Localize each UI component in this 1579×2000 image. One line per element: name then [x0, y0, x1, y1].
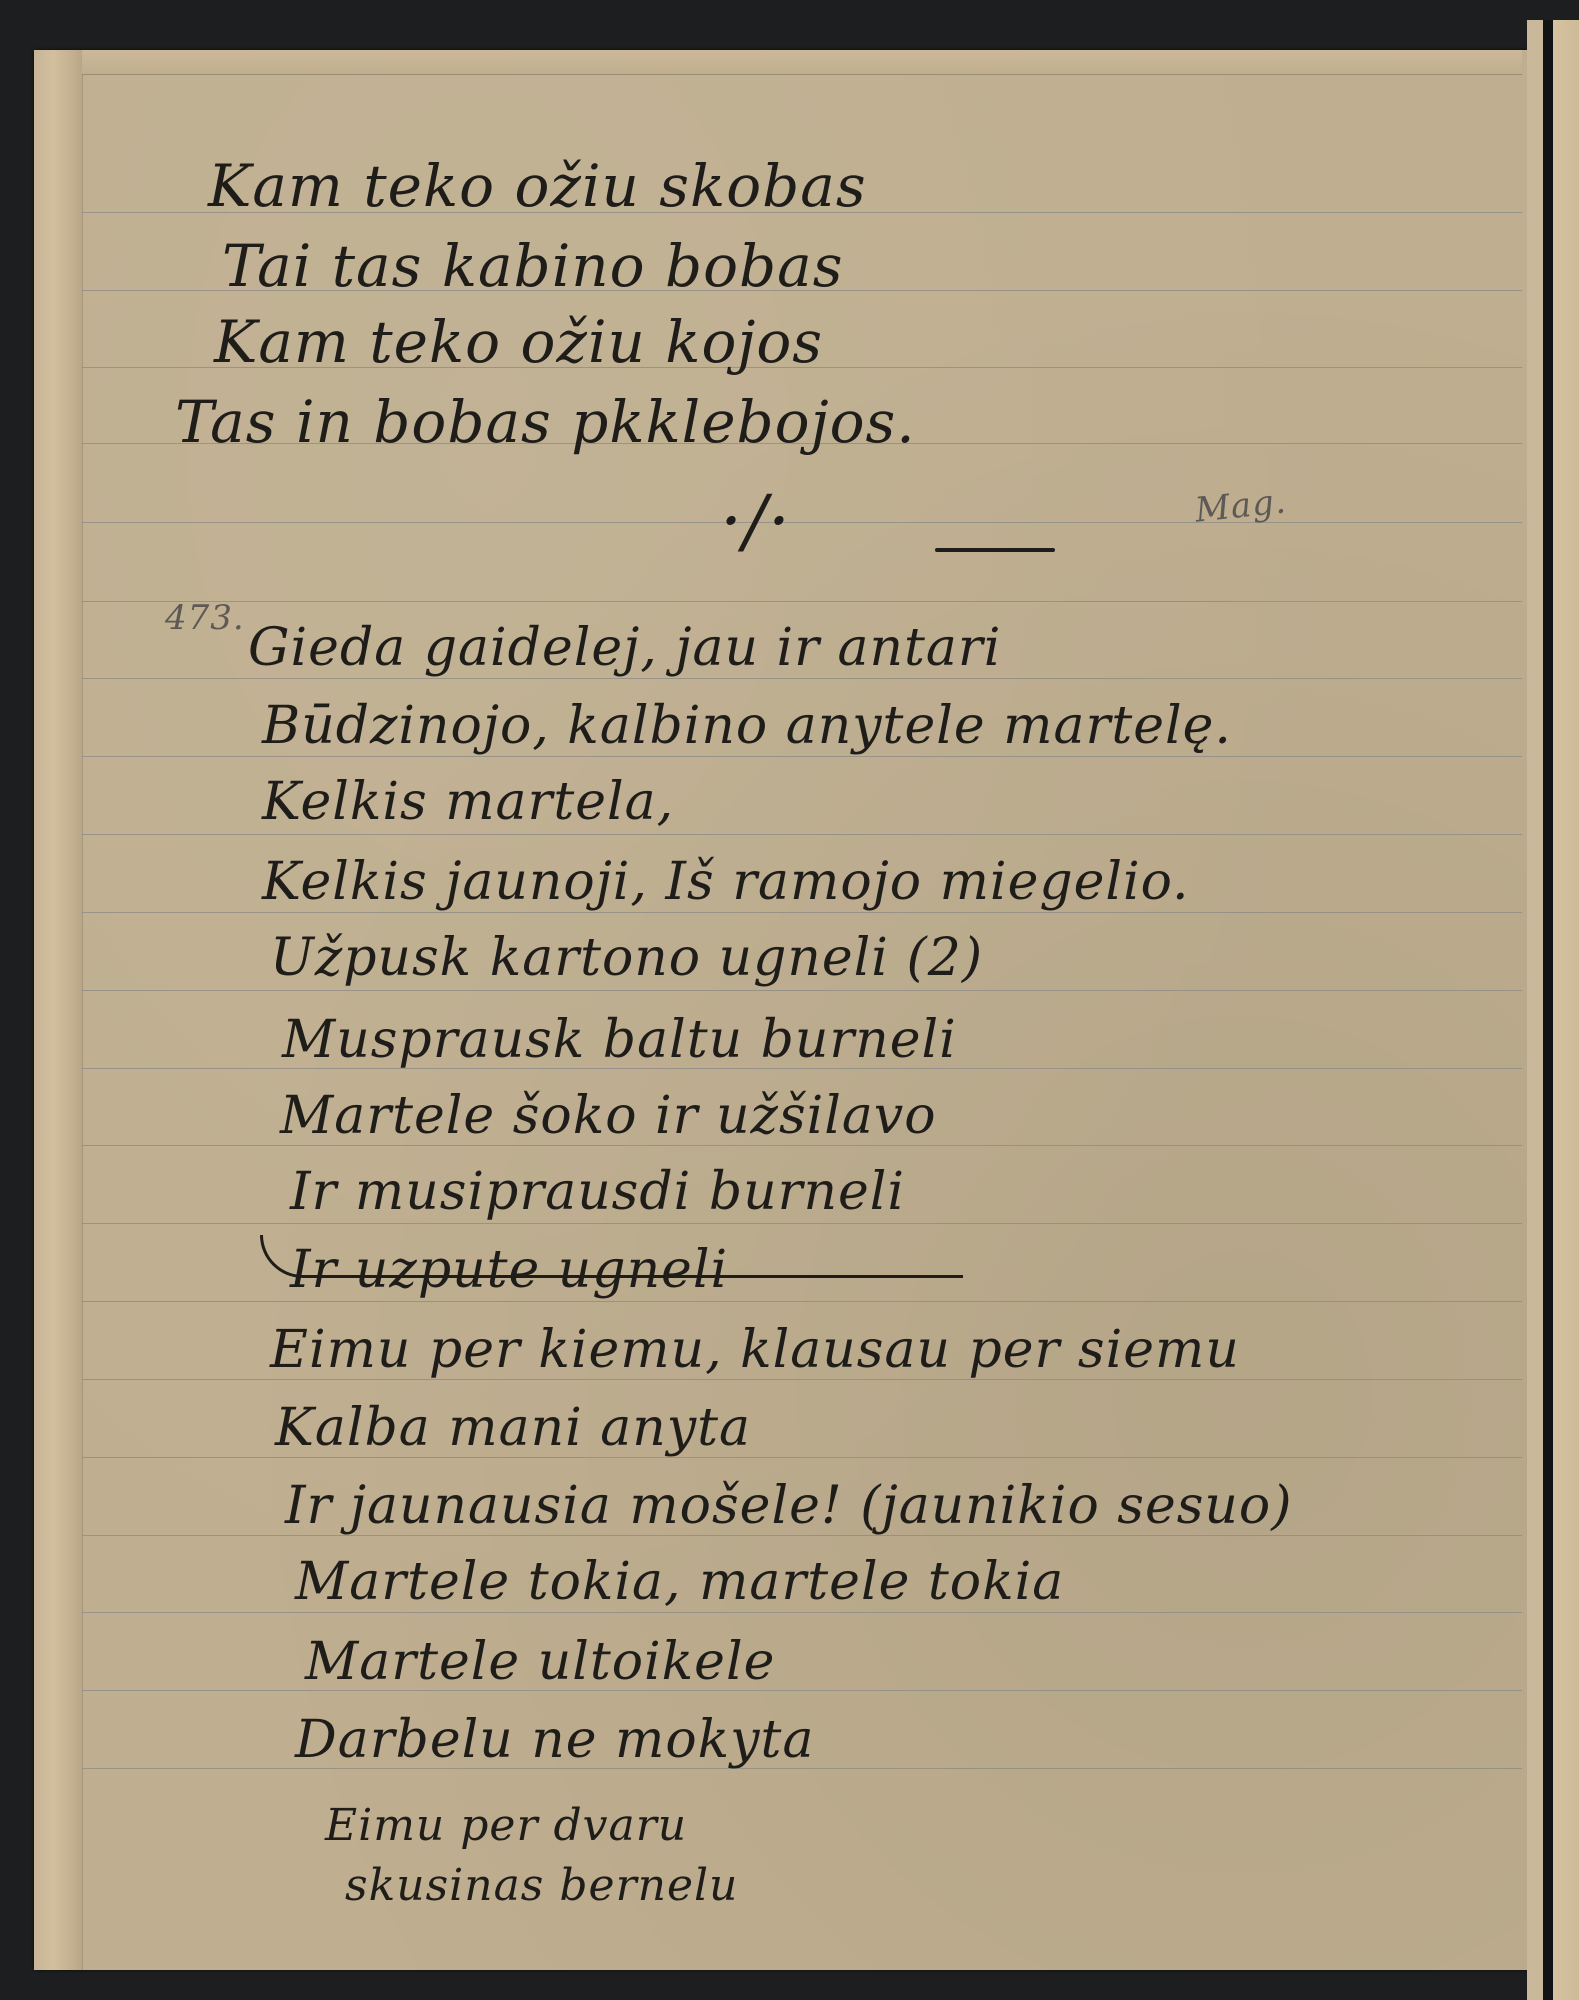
- page-stack-edge: [34, 50, 83, 1970]
- song-line: Eimu per dvaru: [325, 1800, 687, 1851]
- song-line: Ir uzpute ugneli: [290, 1240, 728, 1300]
- verse-line: Tai tas kabino bobas: [222, 232, 843, 300]
- song-line: Martele šoko ir užšilavo: [280, 1086, 937, 1146]
- song-line: Musprausk baltu burneli: [282, 1010, 957, 1070]
- ruled-line: [82, 522, 1522, 523]
- ruled-line: [82, 601, 1522, 602]
- song-line: Eimu per kiemu, klausau per siemu: [270, 1320, 1240, 1380]
- verse-line: Kam teko ožiu skobas: [208, 152, 867, 220]
- song-number: 473.: [165, 598, 245, 638]
- song-line: Darbelu ne mokyta: [295, 1710, 814, 1770]
- song-line: Užpusk kartono ugneli (2): [270, 928, 983, 988]
- ruled-line: [82, 990, 1522, 991]
- verse-line: Tas in bobas pkklebojos.: [175, 388, 916, 456]
- song-line: Kelkis jaunoji, Iš ramojo miegelio.: [262, 852, 1190, 912]
- separator-dash: [935, 548, 1055, 552]
- ruled-line: [82, 1301, 1522, 1302]
- song-line: Gieda gaidelej, jau ir antari: [248, 618, 1001, 678]
- ruled-line: [82, 1690, 1522, 1691]
- song-line: Ir jaunausia mošele! (jaunikio sesuo): [285, 1476, 1293, 1536]
- song-line: skusinas bernelu: [345, 1860, 738, 1911]
- song-line: Martele tokia, martele tokia: [295, 1552, 1064, 1612]
- ruled-line: [82, 756, 1522, 757]
- ruled-line: [82, 1223, 1522, 1224]
- song-line: Ir musiprausdi burneli: [290, 1162, 905, 1222]
- song-line: Kalba mani anyta: [275, 1398, 751, 1458]
- song-line: Kelkis martela,: [262, 772, 674, 832]
- ruled-line: [82, 912, 1522, 913]
- page-top-edge: [82, 50, 1522, 75]
- ruled-line: [82, 1612, 1522, 1613]
- ruled-line: [82, 678, 1522, 679]
- notebook-spine: [1527, 20, 1579, 2000]
- song-line: Martele ultoikele: [305, 1632, 775, 1692]
- ruled-line: [82, 834, 1522, 835]
- section-separator-mark: ·/·: [720, 480, 791, 562]
- song-line: Būdzinojo, kalbino anytele martelę.: [262, 696, 1232, 756]
- verse-line: Kam teko ožiu kojos: [214, 308, 823, 376]
